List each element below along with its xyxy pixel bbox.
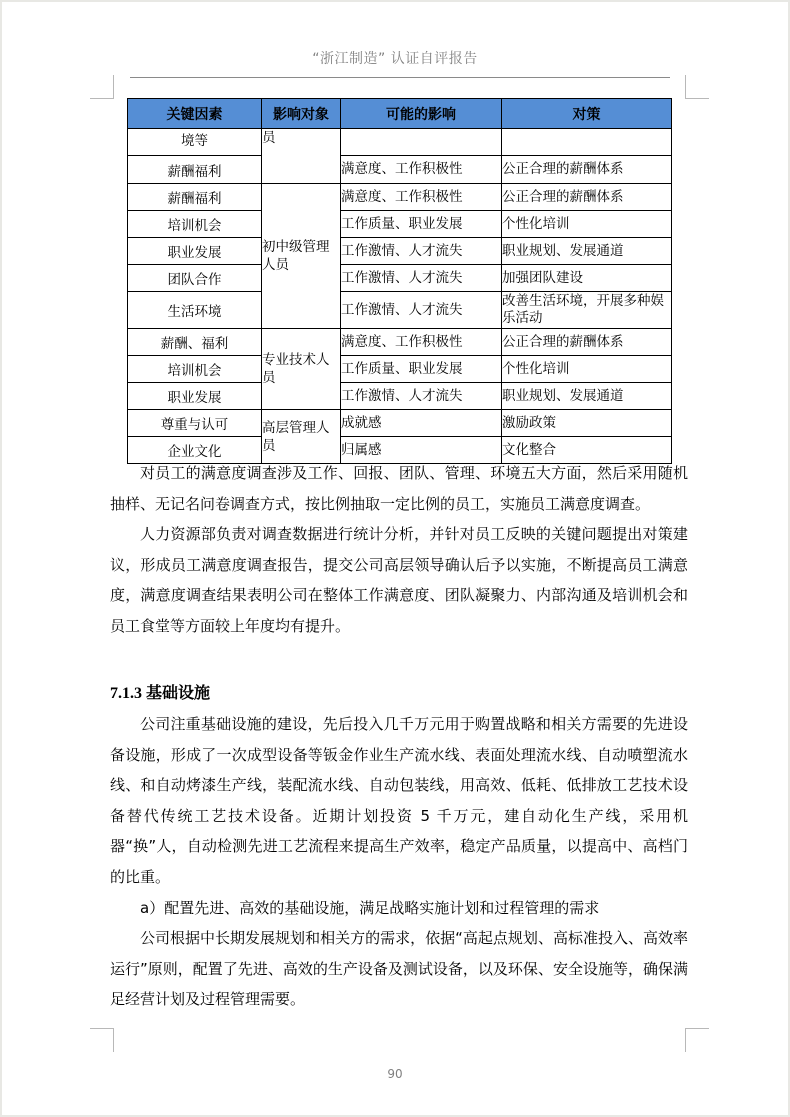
table-row: 境等 员 (128, 129, 672, 156)
cell-factor: 职业发展 (128, 383, 262, 410)
table-row: 生活环境 工作激情、人才流失 改善生活环境，开展多种娱乐活动 (128, 292, 672, 329)
cell-measure: 加强团队建设 (502, 265, 672, 292)
cell-measure: 公正合理的薪酬体系 (502, 184, 672, 211)
cell-measure: 公正合理的薪酬体系 (502, 329, 672, 356)
cell-measure: 个性化培训 (502, 211, 672, 238)
cell-factor: 职业发展 (128, 238, 262, 265)
cell-impact: 满意度、工作积极性 (341, 156, 502, 184)
cell-factor: 薪酬福利 (128, 156, 262, 184)
crop-mark-top-left-h (90, 98, 114, 99)
table-row: 团队合作 工作激情、人才流失 加强团队建设 (128, 265, 672, 292)
table-row: 培训机会 工作质量、职业发展 个性化培训 (128, 211, 672, 238)
table-row: 培训机会 工作质量、职业发展 个性化培训 (128, 356, 672, 383)
crop-mark-bottom-left-h (90, 1028, 114, 1029)
cell-factor: 培训机会 (128, 356, 262, 383)
crop-mark-bottom-left-v (113, 1028, 114, 1052)
cell-factor: 境等 (128, 129, 262, 156)
cell-impact: 满意度、工作积极性 (341, 184, 502, 211)
crop-mark-bottom-right-v (685, 1028, 686, 1052)
cell-measure (502, 129, 672, 156)
column-header-countermeasure: 对策 (502, 99, 672, 129)
table-row: 职业发展 工作激情、人才流失 职业规划、发展通道 (128, 238, 672, 265)
cell-impact: 成就感 (341, 410, 502, 437)
cell-factor: 培训机会 (128, 211, 262, 238)
table-row: 职业发展 工作激情、人才流失 职业规划、发展通道 (128, 383, 672, 410)
table-row: 尊重与认可 高层管理人员 成就感 激励政策 (128, 410, 672, 437)
cell-impact (341, 129, 502, 156)
key-factors-table: 关键因素 影响对象 可能的影响 对策 境等 员 薪酬福利 满意度、工作积极性 公… (127, 98, 672, 464)
cell-impact: 工作质量、职业发展 (341, 356, 502, 383)
paragraph-survey-analysis: 人力资源部负责对调查数据进行统计分析，并针对员工反映的关键问题提出对策建议，形成… (110, 519, 688, 641)
running-header: “浙江制造” 认证自评报告 (0, 48, 790, 68)
crop-mark-top-right-v (685, 75, 686, 99)
cell-target-merged: 初中级管理人员 (262, 184, 341, 329)
crop-mark-bottom-right-h (685, 1028, 709, 1029)
paragraph-infrastructure: 公司注重基础设施的建设，先后投入几千万元用于购置战略和相关方需要的先进设备设施，… (110, 709, 688, 893)
table-row: 薪酬、福利 专业技术人员 满意度、工作积极性 公正合理的薪酬体系 (128, 329, 672, 356)
section-heading: 7.1.3 基础设施 (110, 680, 210, 703)
cell-factor: 生活环境 (128, 292, 262, 329)
cell-measure: 公正合理的薪酬体系 (502, 156, 672, 184)
cell-target-merged: 高层管理人员 (262, 410, 341, 464)
paragraph-planning: 公司根据中长期发展规划和相关方的需求，依据“高起点规划、高标准投入、高效率运行”… (110, 923, 688, 1015)
cell-impact: 工作激情、人才流失 (341, 265, 502, 292)
table-header-row: 关键因素 影响对象 可能的影响 对策 (128, 99, 672, 129)
cell-impact: 工作激情、人才流失 (341, 383, 502, 410)
table-row: 薪酬福利 满意度、工作积极性 公正合理的薪酬体系 (128, 156, 672, 184)
column-header-affected-target: 影响对象 (262, 99, 341, 129)
cell-factor: 薪酬、福利 (128, 329, 262, 356)
page-number: 90 (0, 1067, 790, 1081)
cell-impact: 工作质量、职业发展 (341, 211, 502, 238)
cell-impact: 工作激情、人才流失 (341, 238, 502, 265)
cell-target: 员 (262, 129, 341, 184)
crop-mark-top-left-v (113, 75, 114, 99)
cell-measure: 改善生活环境，开展多种娱乐活动 (502, 292, 672, 329)
cell-measure: 激励政策 (502, 410, 672, 437)
table-row: 薪酬福利 初中级管理人员 满意度、工作积极性 公正合理的薪酬体系 (128, 184, 672, 211)
paragraph-survey-scope: 对员工的满意度调查涉及工作、回报、团队、管理、环境五大方面，然后采用随机抽样、无… (110, 458, 688, 519)
cell-impact: 工作激情、人才流失 (341, 292, 502, 329)
body-text-block-2: 公司注重基础设施的建设，先后投入几千万元用于购置战略和相关方需要的先进设备设施，… (110, 709, 688, 1015)
cell-factor: 团队合作 (128, 265, 262, 292)
cell-target-merged: 专业技术人员 (262, 329, 341, 410)
cell-factor: 尊重与认可 (128, 410, 262, 437)
cell-measure: 职业规划、发展通道 (502, 383, 672, 410)
cell-factor: 薪酬福利 (128, 184, 262, 211)
cell-measure: 职业规划、发展通道 (502, 238, 672, 265)
header-rule (130, 77, 670, 78)
body-text-block-1: 对员工的满意度调查涉及工作、回报、团队、管理、环境五大方面，然后采用随机抽样、无… (110, 458, 688, 642)
column-header-key-factor: 关键因素 (128, 99, 262, 129)
list-item-a: a）配置先进、高效的基础设施，满足战略实施计划和过程管理的需求 (110, 893, 688, 924)
crop-mark-top-right-h (685, 98, 709, 99)
column-header-possible-impact: 可能的影响 (341, 99, 502, 129)
cell-impact: 满意度、工作积极性 (341, 329, 502, 356)
cell-measure: 个性化培训 (502, 356, 672, 383)
